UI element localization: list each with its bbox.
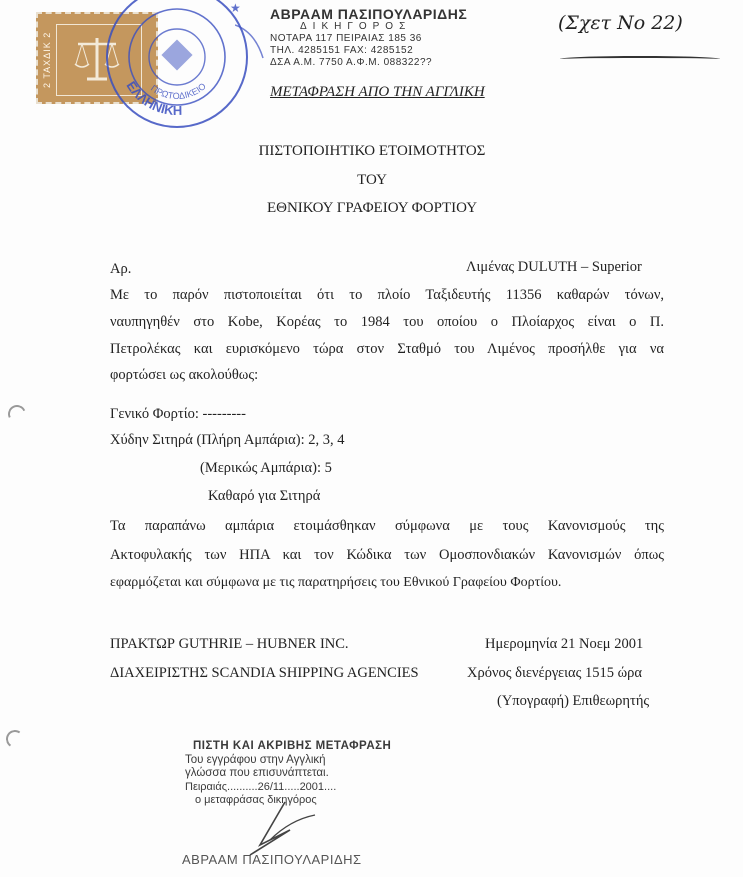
punch-hole-mark	[5, 402, 28, 425]
processing-time: Χρόνος διενέργειας 1515 ώρα	[467, 665, 642, 682]
paragraph2-line-1: Τα παραπάνω αμπάρια ετοιμάσθηκαν σύμφωνα…	[110, 518, 664, 535]
lawyer-profession: ΔΙΚΗΓΟΡΟΣ	[300, 21, 510, 32]
court-seal-icon: ΕΛΛΗΝΙΚΗ ΠΡΩΤΟΔΙΚΕΙΟ ★	[102, 0, 252, 132]
cert-place-date: Πειραιάς..........26/11.....2001....	[185, 781, 415, 793]
title-line-1: ΠΙΣΤΟΠΟΙΗΤΙΚΟ ΕΤΟΙΜΟΤΗΤΟΣ	[0, 143, 743, 160]
issue-date: Ημερομηνία 21 Νοεμ 2001	[485, 636, 643, 653]
cargo-clean: Καθαρό για Σιτηρά	[208, 488, 320, 505]
translation-note: ΜΕΤΑΦΡΑΣΗ ΑΠΟ ΤΗΝ ΑΓΓΛΙΚΗ	[270, 84, 485, 101]
lawyer-address: ΝΟΤΑΡΑ 117 ΠΕΙΡΑΙΑΣ 185 36	[270, 33, 510, 44]
manager-name: ΔΙΑΧΕΙΡΙΣΤΗΣ SCANDIA SHIPPING AGENCIES	[110, 665, 419, 682]
stamp-side-text: 2 ΤΑΧΔΙΚ 2	[40, 24, 54, 96]
cargo-bulk-full: Χύδην Σιτηρά (Πλήρη Αμπάρια): 2, 3, 4	[110, 432, 345, 449]
translation-certification-stamp: ΠΙΣΤΗ ΚΑΙ ΑΚΡΙΒΗΣ ΜΕΤΑΦΡΑΣΗ Του εγγράφου…	[185, 740, 415, 806]
title-line-3: ΕΘΝΙΚΟΥ ΓΡΑΦΕΙΟΥ ΦΟΡΤΙΟΥ	[0, 200, 743, 217]
paragraph2-line-2: Ακτοφυλακής των ΗΠΑ και τον Κώδικα των Ο…	[110, 547, 664, 564]
paragraph1-line-4: φορτώσει ως ακολούθως:	[110, 367, 258, 384]
seal-tail-stroke	[235, 20, 265, 60]
cert-line-2: Του εγγράφου στην Αγγλική	[185, 754, 415, 766]
handwritten-underline	[560, 56, 720, 62]
svg-text:★: ★	[230, 1, 241, 15]
paragraph2-line-3: εφαρμόζεται και σύμφωνα με τις παρατηρήσ…	[110, 575, 561, 591]
paragraph1-line-2: ναυπηγηθέν στο Kobe, Κορέας το 1984 του …	[110, 314, 664, 331]
handwritten-exhibit-ref: (Σχετ Νο 22)	[558, 12, 683, 34]
lawyer-phone-fax: ΤΗΛ. 4285151 FAX: 4285152	[270, 45, 510, 56]
handwritten-signature	[230, 800, 320, 860]
cert-place-label: Πειραιάς	[185, 781, 227, 793]
cargo-bulk-partial: (Μερικώς Αμπάρια): 5	[200, 460, 332, 477]
svg-text:ΠΡΩΤΟΔΙΚΕΙΟ: ΠΡΩΤΟΔΙΚΕΙΟ	[149, 81, 208, 101]
title-line-2: ΤΟΥ	[0, 172, 743, 189]
cert-date: ..........26/11.....2001....	[227, 781, 336, 793]
port-name: Λιμένας DULUTH – Superior	[466, 259, 642, 276]
cert-line-3: γλώσσα που επισυνάπτεται.	[185, 767, 415, 779]
punch-hole-mark	[5, 729, 26, 750]
lawyer-registry: ΔΣΑ Α.Μ. 7750 Α.Φ.Μ. 088322??	[270, 57, 510, 68]
paragraph1-line-1: Με το παρόν πιστοποιείται ότι το πλοίο Τ…	[110, 287, 664, 304]
paragraph1-line-3: Πετρολέκας και ευρισκόμενο τώρα στον Στα…	[110, 341, 664, 358]
inspector-signature-label: (Υπογραφή) Επιθεωρητής	[497, 693, 649, 710]
document-page: 2 ΤΑΧΔΙΚ 2 ΕΛΛΗΝΙΚΗ ΠΡΩΤΟΔΙΚΕΙΟ	[0, 0, 743, 877]
cargo-general: Γενικό Φορτίο: ---------	[110, 406, 246, 423]
reference-number-label: Αρ.	[110, 261, 131, 278]
letterhead: ΑΒΡΑΑΜ ΠΑΣΙΠΟΥΛΑΡΙΔΗΣ ΔΙΚΗΓΟΡΟΣ ΝΟΤΑΡΑ 1…	[270, 6, 510, 68]
cert-title: ΠΙΣΤΗ ΚΑΙ ΑΚΡΙΒΗΣ ΜΕΤΑΦΡΑΣΗ	[193, 740, 415, 752]
agent-name: ΠΡΑΚΤΩΡ GUTHRIE – HUBNER INC.	[110, 636, 349, 653]
cert-signer-name: ΑΒΡΑΑΜ ΠΑΣΙΠΟΥΛΑΡΙΔΗΣ	[182, 852, 362, 867]
lawyer-name: ΑΒΡΑΑΜ ΠΑΣΙΠΟΥΛΑΡΙΔΗΣ	[270, 6, 510, 22]
seal-inner-text: ΠΡΩΤΟΔΙΚΕΙΟ	[149, 81, 208, 101]
